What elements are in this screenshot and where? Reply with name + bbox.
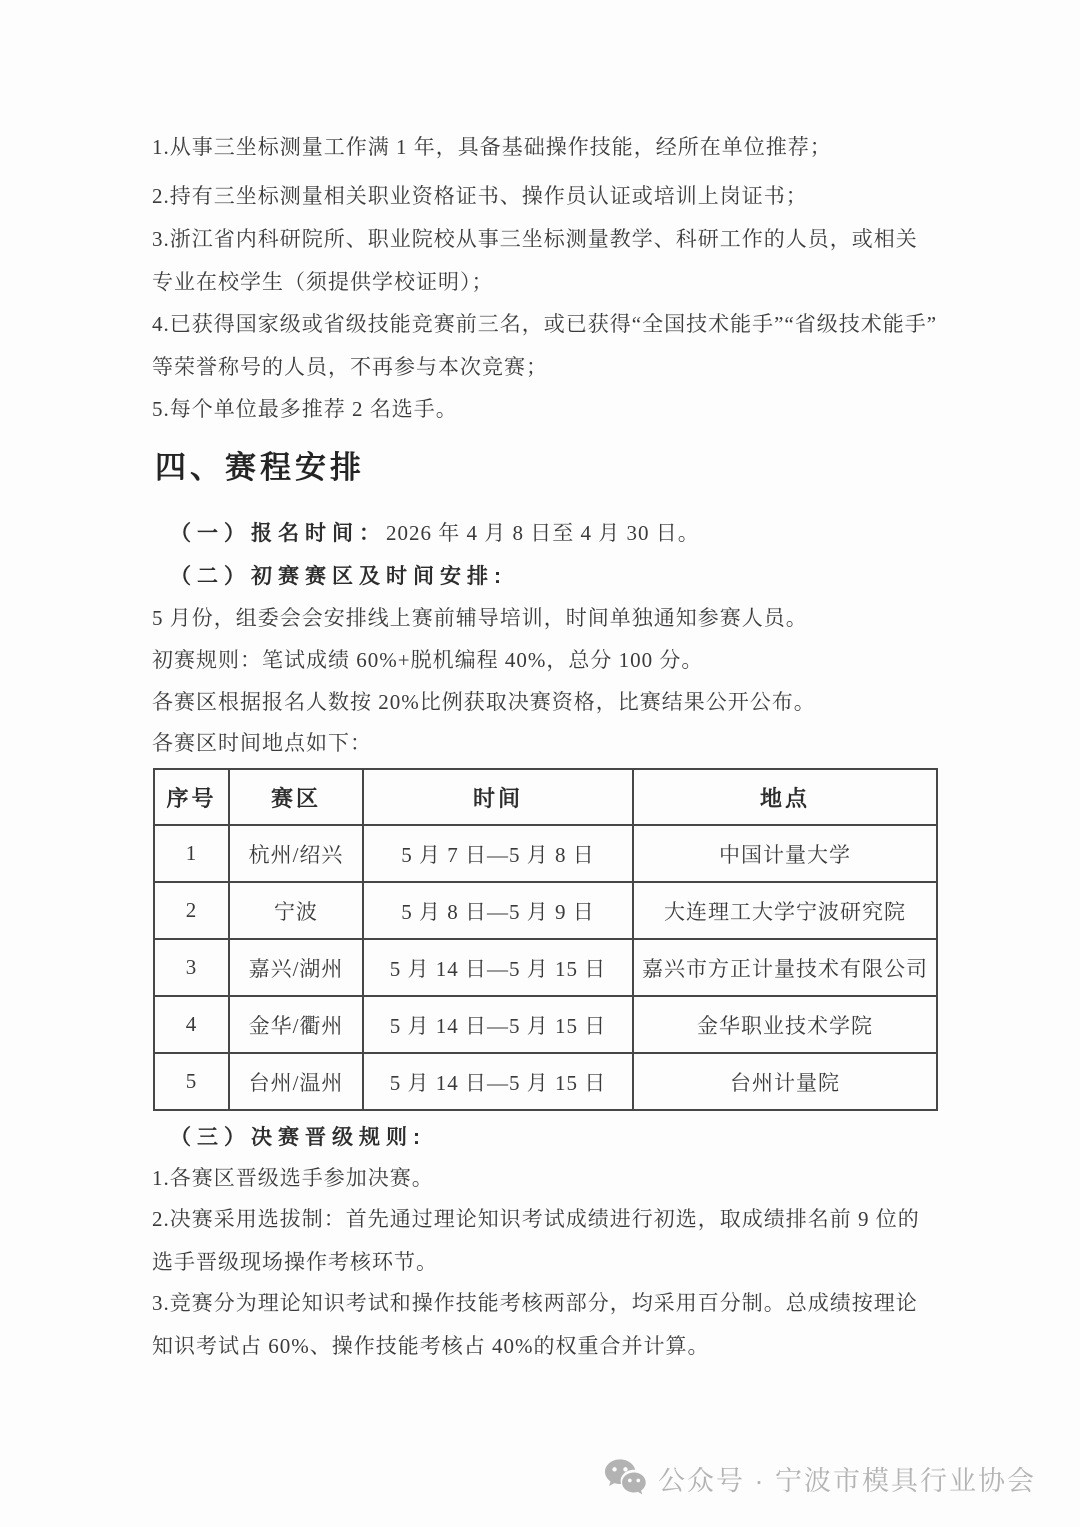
finals-item-1: 1.各赛区晋级选手参加决赛。 [152,1157,434,1200]
col-header-location: 地点 [633,769,937,825]
preliminary-rule-paragraph: 初赛规则：笔试成绩 60%+脱机编程 40%，总分 100 分。 [152,639,703,682]
wechat-icon [603,1458,647,1498]
document-page: 1.从事三坐标测量工作满 1 年，具备基础操作技能，经所在单位推荐； 2.持有三… [0,0,1080,1527]
paragraph-line: 4.已获得国家级或省级技能竞赛前三名，或已获得“全国技术能手”“省级技术能手” [152,303,937,346]
cell-index: 4 [154,996,229,1053]
paragraph-line: 专业在校学生（须提供学校证明）； [152,261,918,304]
cell-index: 2 [154,882,229,939]
schedule-table: 序号 赛区 时间 地点 1 杭州/绍兴 5 月 7 日—5 月 8 日 中国计量… [153,768,938,1111]
paragraph-line: 等荣誉称号的人员，不再参与本次竞赛； [152,346,937,389]
finals-item-3: 3.竞赛分为理论知识考试和操作技能考核两部分，均采用百分制。总成绩按理论 知识考… [152,1282,918,1368]
finals-heading-label: （三）决赛晋级规则: [170,1126,426,1149]
cell-location: 大连理工大学宁波研究院 [633,882,937,939]
cell-time: 5 月 7 日—5 月 8 日 [363,825,633,882]
table-row: 5 台州/温州 5 月 14 日—5 月 15 日 台州计量院 [154,1053,937,1110]
paragraph-line: 5.每个单位最多推荐 2 名选手。 [152,388,458,431]
col-header-index: 序号 [154,769,229,825]
cell-location: 中国计量大学 [633,825,937,882]
table-intro-paragraph: 各赛区时间地点如下： [152,722,372,765]
cell-time: 5 月 8 日—5 月 9 日 [363,882,633,939]
registration-time-value: 2026 年 4 月 8 日至 4 月 30 日。 [386,521,700,545]
cell-location: 金华职业技术学院 [633,996,937,1053]
cell-index: 3 [154,939,229,996]
wechat-account-label: 公众号 · 宁波市模具行业协会 [658,1459,1036,1498]
col-header-time: 时间 [363,769,633,825]
eligibility-item-3: 3.浙江省内科研院所、职业院校从事三坐标测量教学、科研工作的人员，或相关 专业在… [152,218,918,304]
cell-zone: 杭州/绍兴 [229,825,363,882]
finals-heading: （三）决赛晋级规则: [170,1116,426,1159]
eligibility-item-2: 2.持有三坐标测量相关职业资格证书、操作员认证或培训上岗证书； [152,175,808,218]
qualification-paragraph: 各赛区根据报名人数按 20%比例获取决赛资格，比赛结果公开公布。 [152,681,816,724]
eligibility-item-5: 5.每个单位最多推荐 2 名选手。 [152,388,458,431]
table-header-row: 序号 赛区 时间 地点 [154,769,937,825]
cell-time: 5 月 14 日—5 月 15 日 [363,939,633,996]
cell-index: 1 [154,825,229,882]
table-row: 1 杭州/绍兴 5 月 7 日—5 月 8 日 中国计量大学 [154,825,937,882]
cell-index: 5 [154,1053,229,1110]
table-row: 2 宁波 5 月 8 日—5 月 9 日 大连理工大学宁波研究院 [154,882,937,939]
paragraph-line: 2.持有三坐标测量相关职业资格证书、操作员认证或培训上岗证书； [152,175,808,218]
cell-location: 嘉兴市方正计量技术有限公司 [633,939,937,996]
section-heading: 四、赛程安排 [155,449,365,486]
cell-zone: 台州/温州 [229,1053,363,1110]
preliminary-heading: （二）初赛赛区及时间安排: [170,555,507,598]
table-row: 3 嘉兴/湖州 5 月 14 日—5 月 15 日 嘉兴市方正计量技术有限公司 [154,939,937,996]
training-paragraph: 5 月份，组委会会安排线上赛前辅导培训，时间单独通知参赛人员。 [152,597,808,640]
cell-zone: 金华/衢州 [229,996,363,1053]
finals-item-2: 2.决赛采用选拔制：首先通过理论知识考试成绩进行初选，取成绩排名前 9 位的 选… [152,1198,920,1284]
paragraph-line: 1.从事三坐标测量工作满 1 年，具备基础操作技能，经所在单位推荐； [152,126,832,169]
wechat-footer: 公众号 · 宁波市模具行业协会 [603,1458,1036,1498]
table-row: 4 金华/衢州 5 月 14 日—5 月 15 日 金华职业技术学院 [154,996,937,1053]
paragraph-line: 3.浙江省内科研院所、职业院校从事三坐标测量教学、科研工作的人员，或相关 [152,218,918,261]
cell-zone: 嘉兴/湖州 [229,939,363,996]
col-header-zone: 赛区 [229,769,363,825]
eligibility-item-4: 4.已获得国家级或省级技能竞赛前三名，或已获得“全国技术能手”“省级技术能手” … [152,303,937,389]
registration-time-line: （一）报名时间：2026 年 4 月 8 日至 4 月 30 日。 [170,512,700,555]
cell-time: 5 月 14 日—5 月 15 日 [363,1053,633,1110]
cell-location: 台州计量院 [633,1053,937,1110]
cell-time: 5 月 14 日—5 月 15 日 [363,996,633,1053]
preliminary-heading-label: （二）初赛赛区及时间安排: [170,565,507,588]
cell-zone: 宁波 [229,882,363,939]
registration-time-label: （一）报名时间： [170,522,386,545]
eligibility-item-1: 1.从事三坐标测量工作满 1 年，具备基础操作技能，经所在单位推荐； [152,126,832,169]
